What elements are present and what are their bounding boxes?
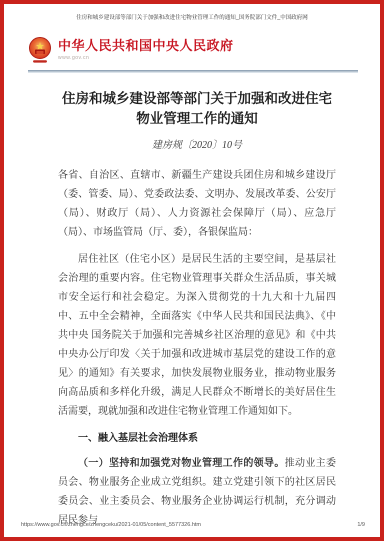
section-1-heading: 一、融入基层社会治理体系 <box>58 429 336 448</box>
national-emblem-icon <box>28 37 52 64</box>
page: 住房和城乡建设部等部门关于加强和改进住宅物业管理工作的通知_国务院部门文件_中国… <box>0 0 384 541</box>
document-number: 建房规〔2020〕10号 <box>58 136 336 151</box>
document-title: 住房和城乡建设部等部门关于加强和改进住宅物业管理工作的通知 <box>58 89 336 129</box>
item-1-paragraph: （一）坚持和加强党对物业管理工作的领导。推动业主委员会、物业服务企业成立党组织。… <box>58 454 336 530</box>
salutation-paragraph: 各省、自治区、直辖市、新疆生产建设兵团住房和城乡建设厅（委、管委、局）、党委政法… <box>58 166 336 242</box>
site-url: www.gov.cn <box>58 55 234 61</box>
print-page-header: 住房和城乡建设部等部门关于加强和改进住宅物业管理工作的通知_国务院部门文件_中国… <box>4 13 380 21</box>
page-number: 1/9 <box>357 522 365 528</box>
intro-paragraph: 居住社区（住宅小区）是居民生活的主要空间，是基层社会治理的重要内容。住宅物业管理… <box>58 250 336 421</box>
document-content: 住房和城乡建设部等部门关于加强和改进住宅物业管理工作的通知 建房规〔2020〕1… <box>58 89 336 538</box>
item-1-lead-sentence: （一）坚持和加强党对物业管理工作的领导。 <box>78 458 285 469</box>
logo-text-block: 中华人民共和国中央人民政府 www.gov.cn <box>58 37 234 61</box>
document-body: 各省、自治区、直辖市、新疆生产建设兵团住房和城乡建设厅（委、管委、局）、党委政法… <box>58 166 336 530</box>
masthead-divider <box>28 70 358 73</box>
footer-url: https://www.gov.cn/zhengce/zhengceku/202… <box>21 522 201 528</box>
site-name: 中华人民共和国中央人民政府 <box>58 39 234 53</box>
print-footer: https://www.gov.cn/zhengce/zhengceku/202… <box>21 522 365 528</box>
masthead: 中华人民共和国中央人民政府 www.gov.cn <box>28 37 234 64</box>
